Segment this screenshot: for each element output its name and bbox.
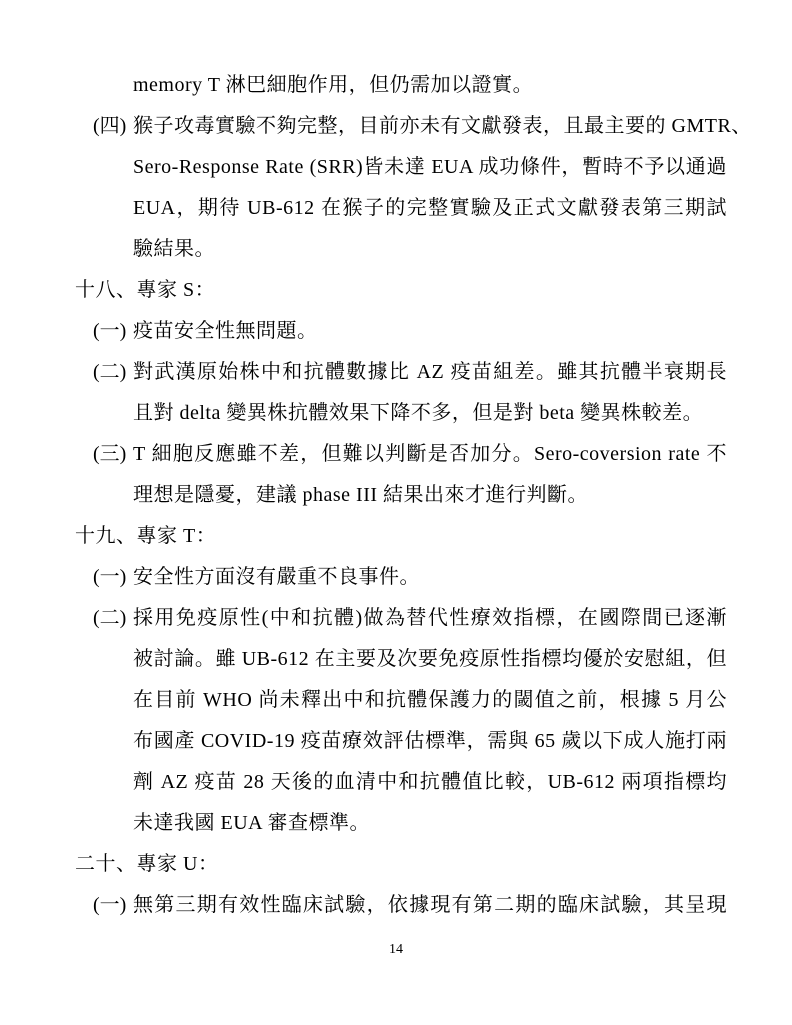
page-number: 14 [0, 940, 792, 960]
paragraph: (四)猴子攻毒實驗不夠完整，目前亦未有文獻發表，且最主要的 GMTR、Sero-… [75, 106, 727, 270]
paragraph: (三)T 細胞反應雖不差，但難以判斷是否加分。Sero-coversion ra… [75, 434, 727, 516]
text-line: 採用免疫原性(中和抗體)做為替代性療效指標，在國際間已逐漸 [133, 598, 727, 639]
section-heading: 二十、專家 U： [75, 844, 727, 885]
text-line: 理想是隱憂，建議 phase III 結果出來才進行判斷。 [133, 475, 727, 516]
paragraph: (一)疫苗安全性無問題。 [75, 311, 727, 352]
text-line: 十八、專家 S： [75, 270, 727, 311]
text-line: 對武漢原始株中和抗體數據比 AZ 疫苗組差。雖其抗體半衰期長 [133, 352, 727, 393]
text-line: 未達我國 EUA 審查標準。 [133, 803, 727, 844]
document-page: memory T 淋巴細胞作用，但仍需加以證實。(四)猴子攻毒實驗不夠完整，目前… [0, 0, 792, 1025]
text-line: 十九、專家 T： [75, 516, 727, 557]
text-line: 劑 AZ 疫苗 28 天後的血清中和抗體值比較，UB-612 兩項指標均 [133, 762, 727, 803]
paragraph: (一)無第三期有效性臨床試驗，依據現有第二期的臨床試驗，其呈現 [75, 885, 727, 926]
text-line: 且對 delta 變異株抗體效果下降不多，但是對 beta 變異株較差。 [133, 393, 727, 434]
item-marker: (二) [93, 598, 126, 639]
text-line: 疫苗安全性無問題。 [133, 311, 727, 352]
text-line: 驗結果。 [133, 229, 727, 270]
text-line: T 細胞反應雖不差，但難以判斷是否加分。Sero-coversion rate … [133, 434, 727, 475]
paragraph: memory T 淋巴細胞作用，但仍需加以證實。 [75, 65, 727, 106]
paragraph: (二)採用免疫原性(中和抗體)做為替代性療效指標，在國際間已逐漸被討論。雖 UB… [75, 598, 727, 844]
item-marker: (二) [93, 352, 126, 393]
item-marker: (四) [93, 106, 126, 147]
paragraph: (一)安全性方面沒有嚴重不良事件。 [75, 557, 727, 598]
item-marker: (一) [93, 885, 126, 926]
text-line: EUA，期待 UB-612 在猴子的完整實驗及正式文獻發表第三期試 [133, 188, 727, 229]
document-body: memory T 淋巴細胞作用，但仍需加以證實。(四)猴子攻毒實驗不夠完整，目前… [75, 65, 727, 926]
text-line: 安全性方面沒有嚴重不良事件。 [133, 557, 727, 598]
text-line: 在目前 WHO 尚未釋出中和抗體保護力的閾值之前，根據 5 月公 [133, 680, 727, 721]
text-line: Sero-Response Rate (SRR)皆未達 EUA 成功條件，暫時不… [133, 147, 727, 188]
item-marker: (一) [93, 557, 126, 598]
text-line: 二十、專家 U： [75, 844, 727, 885]
paragraph: (二)對武漢原始株中和抗體數據比 AZ 疫苗組差。雖其抗體半衰期長且對 delt… [75, 352, 727, 434]
section-heading: 十九、專家 T： [75, 516, 727, 557]
text-line: 布國產 COVID-19 疫苗療效評估標準，需與 65 歲以下成人施打兩 [133, 721, 727, 762]
text-line: 猴子攻毒實驗不夠完整，目前亦未有文獻發表，且最主要的 GMTR、 [133, 106, 727, 147]
item-marker: (三) [93, 434, 126, 475]
text-line: 無第三期有效性臨床試驗，依據現有第二期的臨床試驗，其呈現 [133, 885, 727, 926]
section-heading: 十八、專家 S： [75, 270, 727, 311]
item-marker: (一) [93, 311, 126, 352]
text-line: 被討論。雖 UB-612 在主要及次要免疫原性指標均優於安慰組，但 [133, 639, 727, 680]
text-line: memory T 淋巴細胞作用，但仍需加以證實。 [133, 65, 727, 106]
